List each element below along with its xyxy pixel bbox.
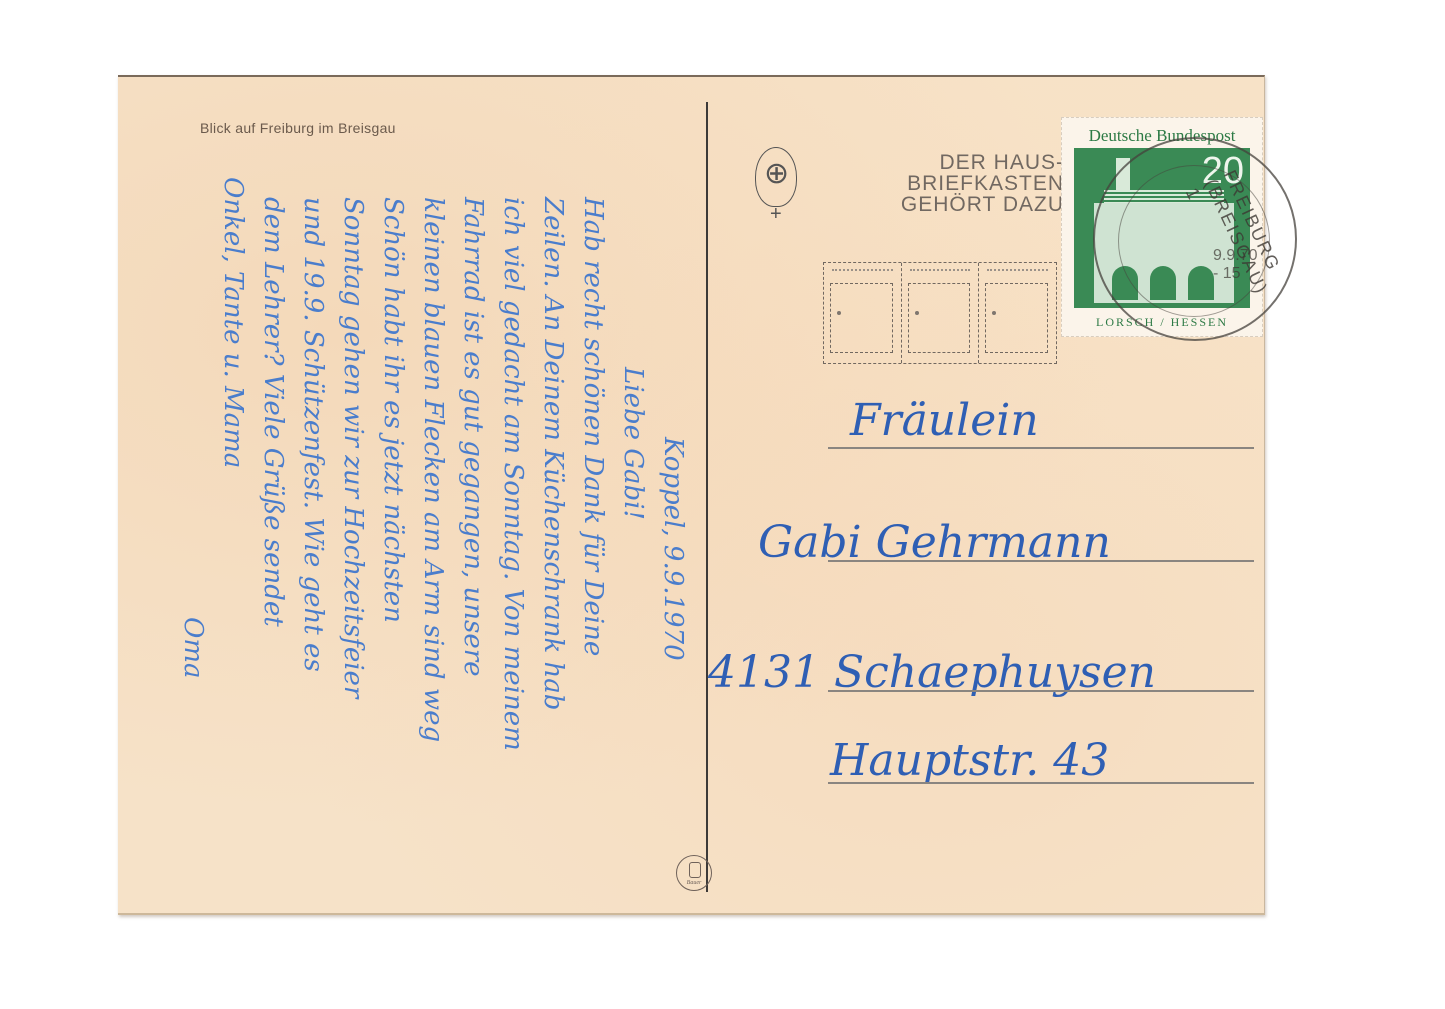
address-line-rule	[828, 690, 1254, 692]
message-line: Schön habt ihr es jetzt nächsten	[378, 197, 408, 623]
address-line-rule	[828, 782, 1254, 784]
place-date: Koppel, 9.9.1970	[658, 437, 688, 661]
mailbox-illustration-icon	[823, 262, 1057, 364]
address-line-rule	[828, 447, 1254, 449]
picture-caption: Blick auf Freiburg im Breisgau	[200, 120, 396, 136]
message-area: Koppel, 9.9.1970 Liebe Gabi! Hab recht s…	[148, 137, 708, 917]
message-line: und 19.9. Schützenfest. Wie geht es	[298, 197, 328, 672]
postcard: Blick auf Freiburg im Breisgau Koppel, 9…	[118, 75, 1265, 915]
message-line: Zeilen. An Deinem Küchenschrank hab	[538, 197, 568, 710]
postmark-slogan: DER HAUS- BRIEFKASTEN GEHÖRT DAZU	[859, 152, 1064, 215]
plus-mark: +	[770, 203, 782, 226]
message-line: ich viel gedacht am Sonntag. Von meinem	[498, 197, 528, 751]
handwritten-mark-icon: ⊕	[755, 147, 797, 207]
message-line: Fahrrad ist es gut gegangen, unsere	[458, 197, 488, 677]
center-divider	[706, 102, 708, 892]
address-street: Hauptstr. 43	[830, 735, 1109, 786]
message-line: dem Lehrer? Viele Grüße sendet	[258, 197, 288, 627]
message-line: Hab recht schönen Dank für Deine	[578, 197, 608, 656]
message-line: kleinen blauen Flecken am Arm sind weg	[418, 197, 448, 742]
address-line-rule	[828, 560, 1254, 562]
message-line: Sonntag gehen wir zur Hochzeitsfeier	[338, 197, 368, 698]
address-salutation: Fräulein	[850, 395, 1039, 446]
salutation: Liebe Gabi!	[618, 367, 648, 520]
signature: Oma	[178, 617, 208, 678]
cancellation-date: 9.9.70 - 15	[1213, 247, 1264, 283]
message-line: Onkel, Tante u. Mama	[218, 177, 248, 468]
publisher-logo-icon: Bauer	[676, 855, 712, 891]
